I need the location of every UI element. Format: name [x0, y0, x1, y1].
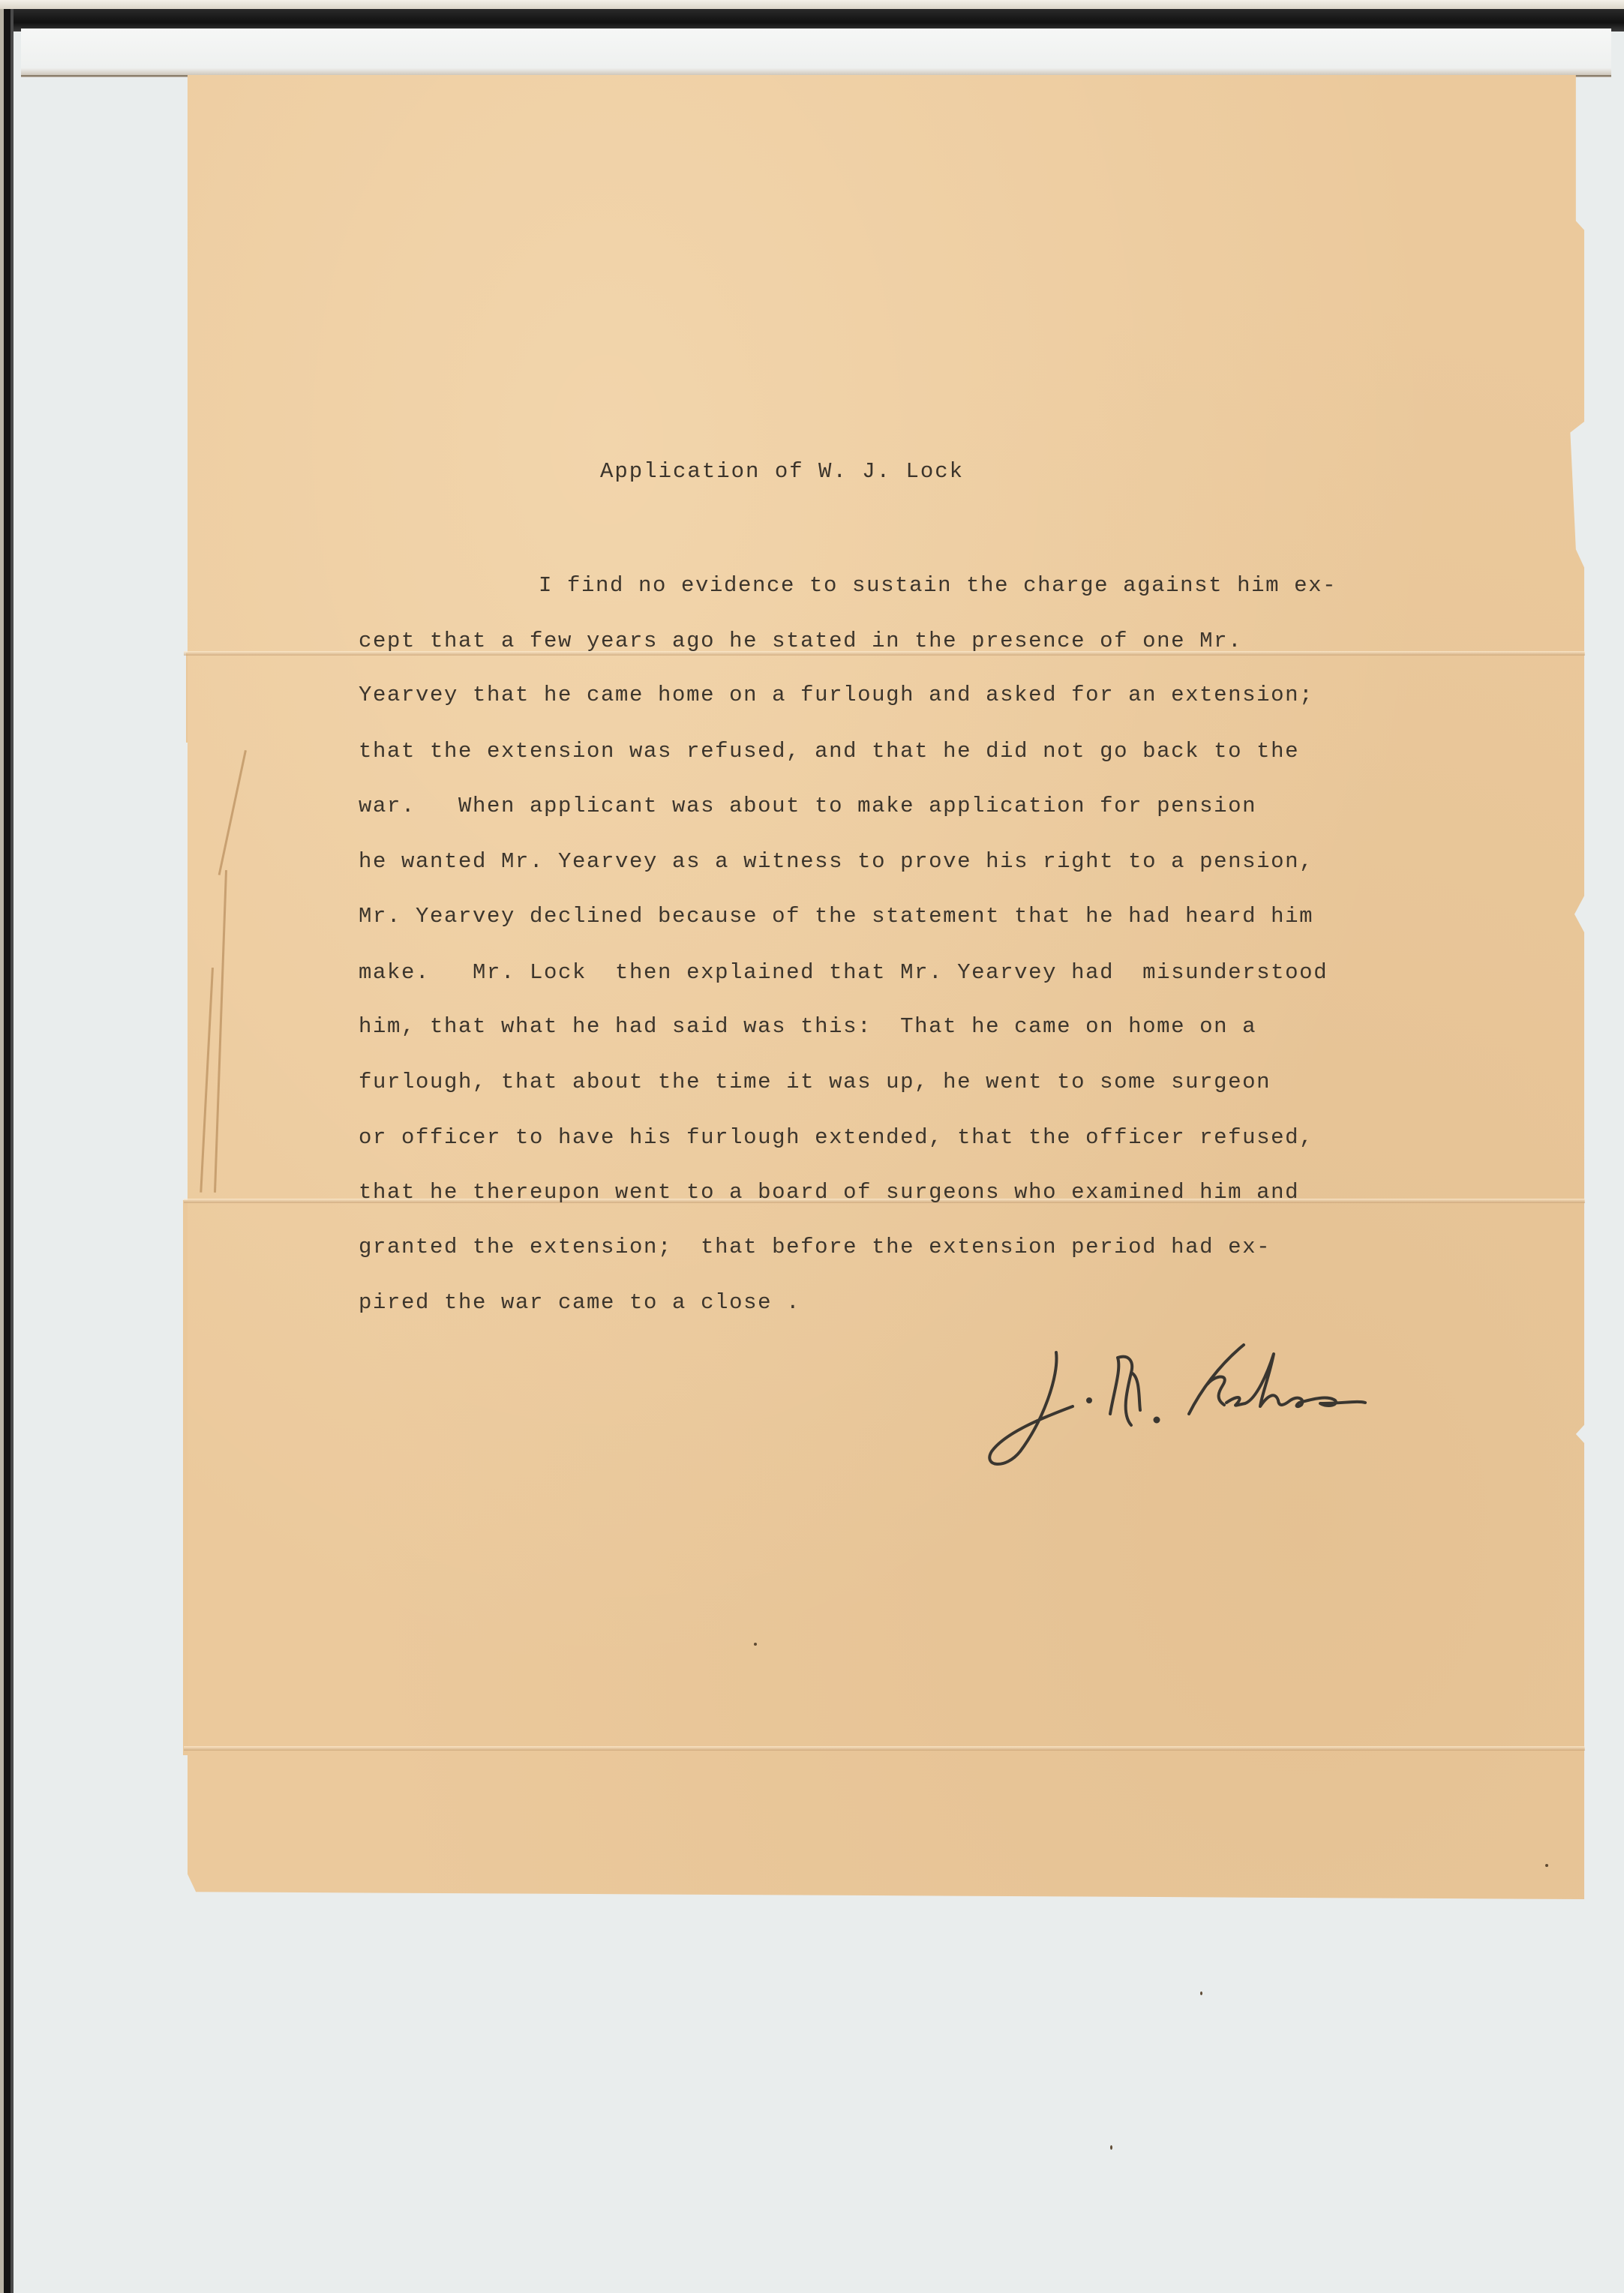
handwritten-signature — [960, 1331, 1380, 1481]
body-line: he wanted Mr. Yearvey as a witness to pr… — [359, 849, 1313, 874]
document-page — [188, 75, 1584, 1899]
paper-speck — [754, 1643, 757, 1646]
background-speck — [1200, 1991, 1202, 1995]
body-line: make. Mr. Lock then explained that Mr. Y… — [359, 960, 1328, 985]
body-line: or officer to have his furlough extended… — [359, 1125, 1313, 1150]
body-line: granted the extension; that before the e… — [359, 1235, 1271, 1259]
body-line: I find no evidence to sustain the charge… — [539, 573, 1337, 598]
document-title: Application of W. J. Lock — [600, 459, 964, 484]
mounting-tape-strip — [21, 29, 1611, 77]
body-line: furlough, that about the time it was up,… — [359, 1070, 1271, 1094]
body-line: cept that a few years ago he stated in t… — [359, 629, 1242, 653]
body-line: Mr. Yearvey declined because of the stat… — [359, 904, 1313, 929]
signature-strokes — [960, 1331, 1380, 1481]
scanner-left-border — [0, 9, 14, 2293]
body-line: war. When applicant was about to make ap… — [359, 794, 1256, 818]
body-line: Yearvey that he came home on a furlough … — [359, 683, 1313, 707]
body-line: that he thereupon went to a board of sur… — [359, 1180, 1299, 1205]
body-line: him, that what he had said was this: Tha… — [359, 1014, 1256, 1039]
paper-speck — [1545, 1864, 1548, 1867]
body-line: pired the war came to a close . — [359, 1290, 800, 1315]
body-line: that the extension was refused, and that… — [359, 739, 1299, 764]
fold-line — [184, 1746, 1585, 1751]
background-speck — [1110, 2145, 1112, 2150]
